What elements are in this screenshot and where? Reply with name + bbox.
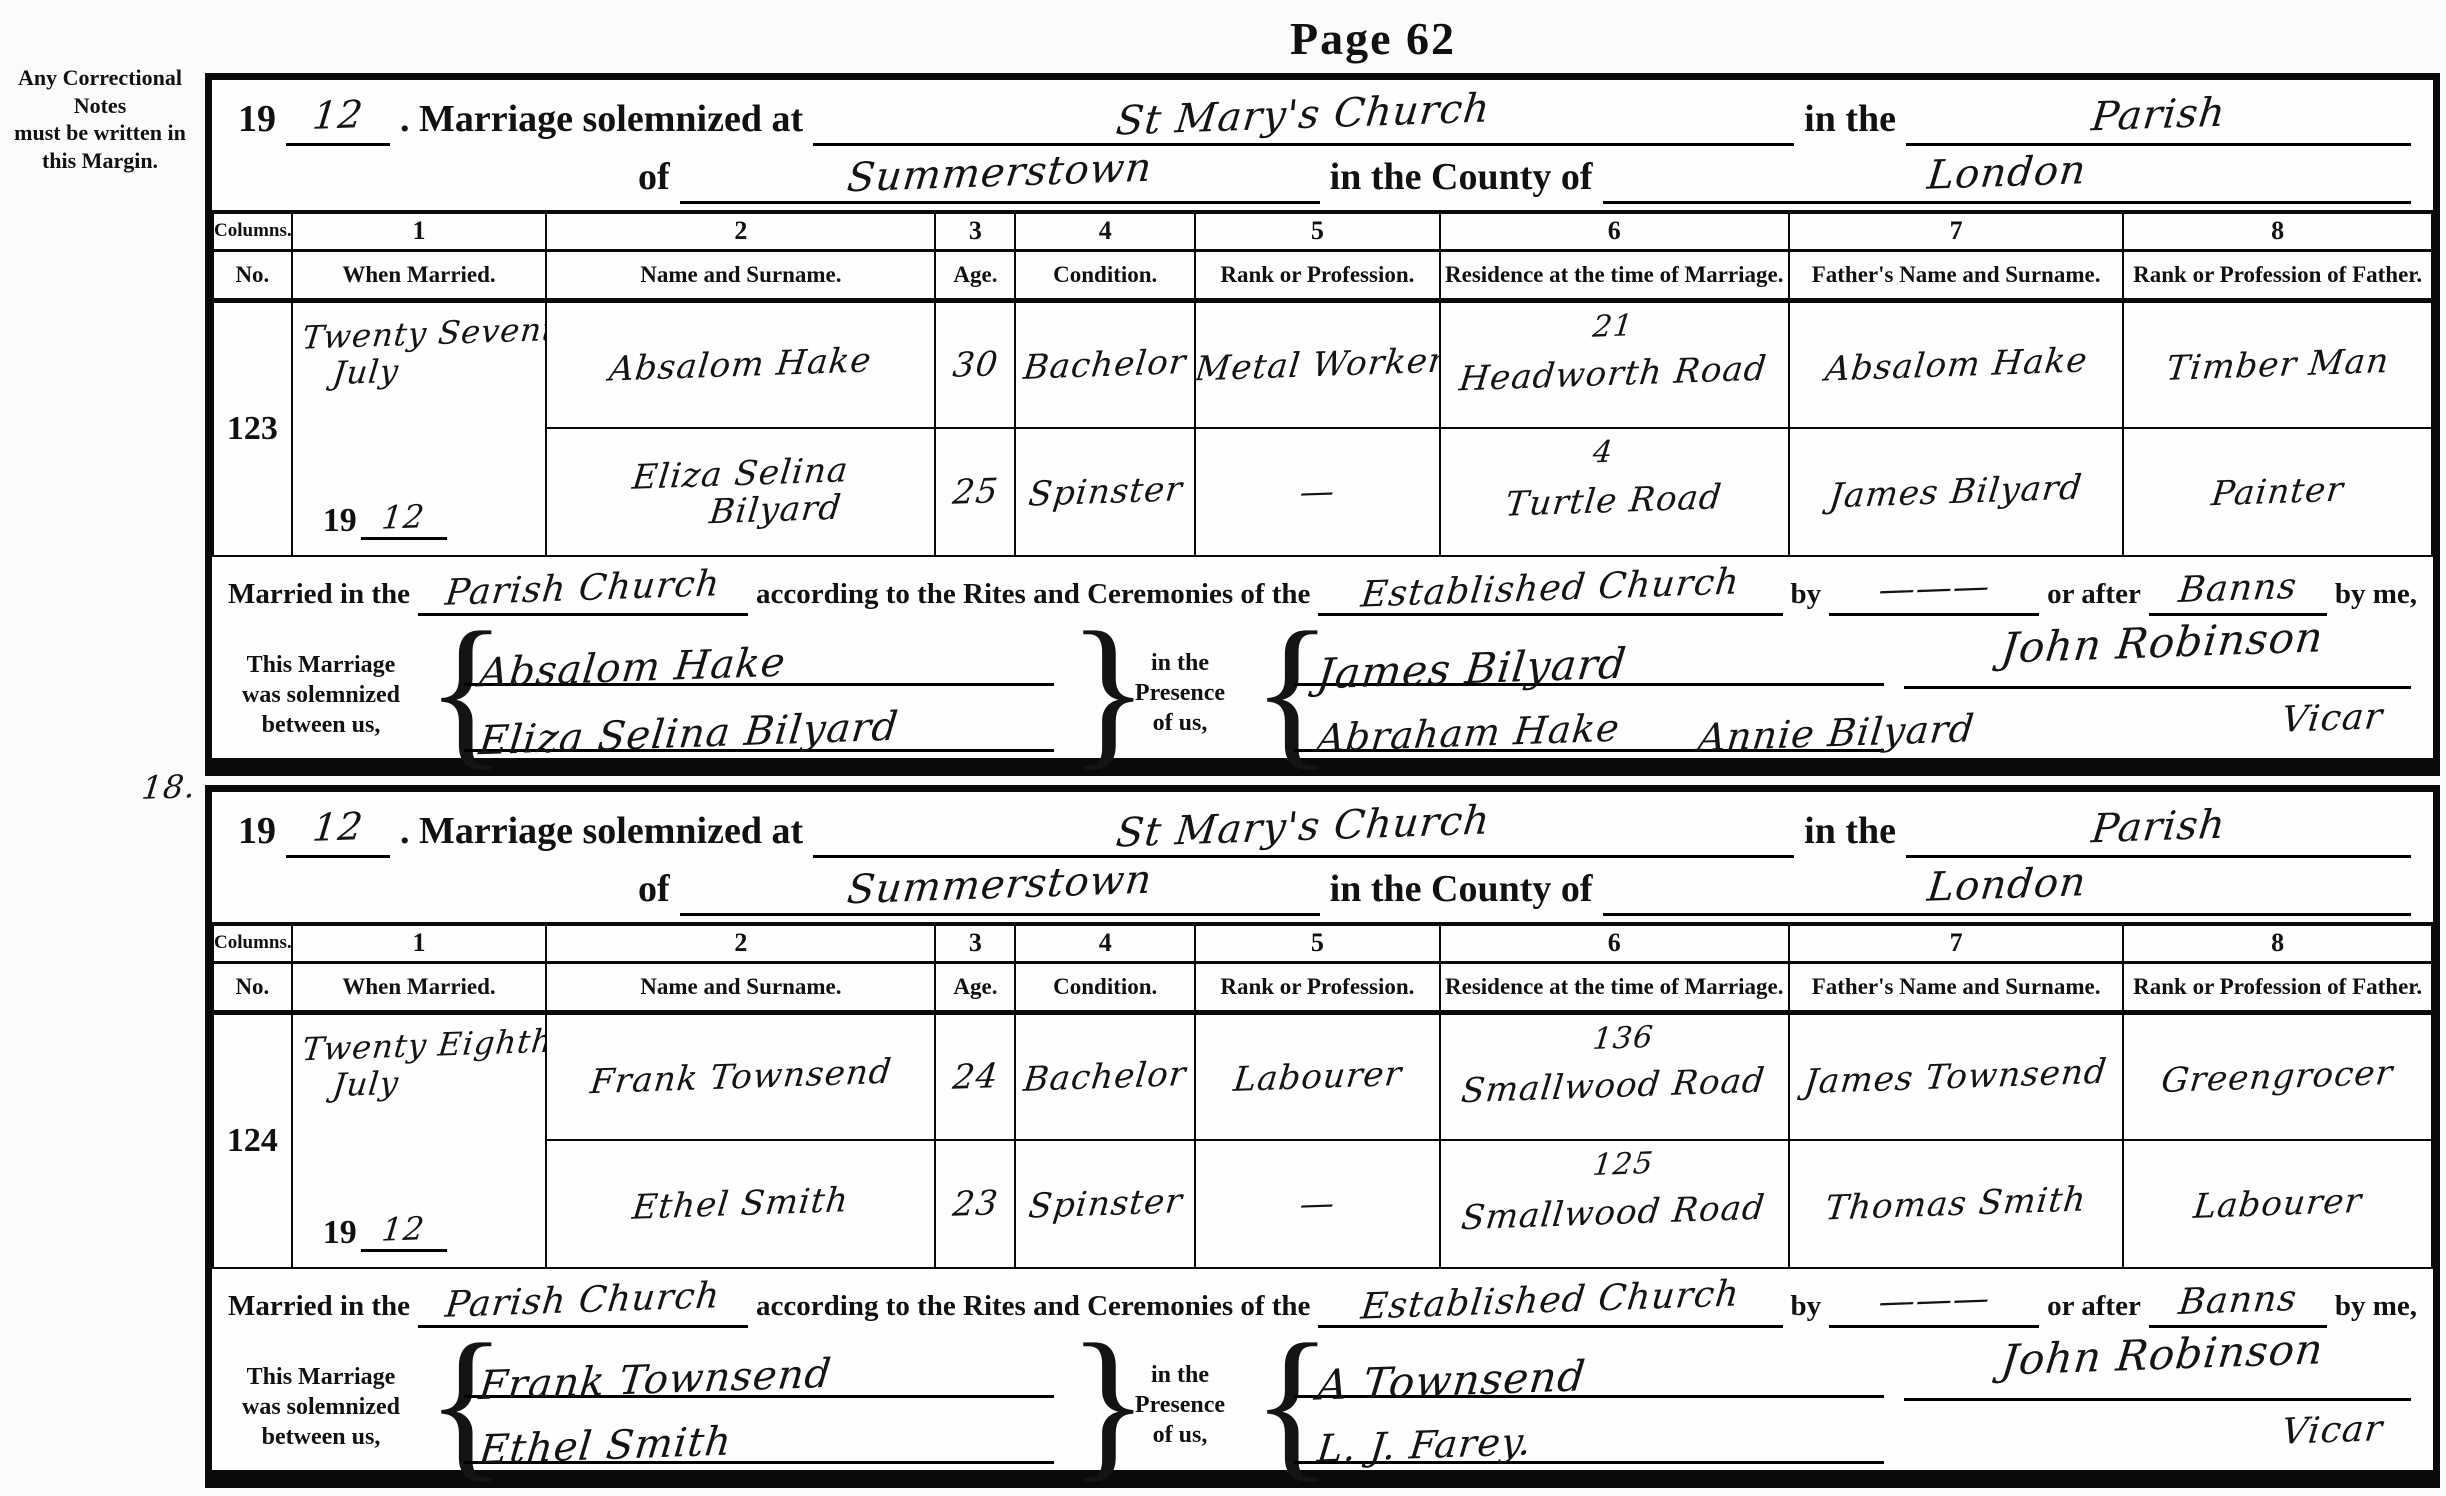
bride-father-profession: Painter [2210, 470, 2346, 515]
officiant-signature: John Robinson [1999, 1324, 2326, 1384]
bride-father-name: James Bilyard [1828, 468, 2085, 517]
bride-name-line1: Ethel Smith [631, 1180, 851, 1227]
bride-row: Ethel Smith 23 Spinster — 125 Smallwood … [213, 1140, 2432, 1268]
groom-residence-cell: 21 Headworth Road [1440, 300, 1789, 428]
groom-signature-line: Frank Townsend [464, 1332, 1054, 1398]
by-dash-value: ——— [1876, 565, 1992, 613]
columns-label-cell: Columns. [213, 212, 292, 250]
witness-signatures: A Townsend L. J. Farey. [1294, 1332, 1884, 1464]
marriage-solemnized-label: . Marriage solemnized at [400, 804, 803, 858]
marriage-day: Twenty Seventh [300, 309, 546, 357]
groom-age-cell: 30 [935, 300, 1015, 428]
established-underline: Established Church [1318, 1279, 1782, 1328]
record-header: 19 12 . Marriage solemnized at St Mary's… [212, 792, 2433, 916]
bride-profession: — [1298, 1183, 1337, 1224]
column-number: 1 [292, 924, 547, 962]
column-label: Rank or Profession. [1195, 962, 1440, 1012]
officiant-signature: John Robinson [1999, 612, 2326, 672]
this-marriage-line: between us, [262, 712, 381, 738]
place-value: Summerstown [844, 853, 1155, 918]
bride-signature: Ethel Smith [477, 1419, 734, 1474]
groom-profession-cell: Metal Worker [1195, 300, 1440, 428]
witness-signature: Abraham Hake [1315, 706, 1622, 760]
in-county-of-label: in the County of [1330, 150, 1593, 204]
column-label: Condition. [1015, 962, 1195, 1012]
bride-father-cell: Thomas Smith [1789, 1140, 2123, 1268]
column-label: Residence at the time of Marriage. [1440, 250, 1789, 300]
column-number: 5 [1195, 924, 1440, 962]
column-number: 8 [2123, 924, 2432, 962]
year-handwritten: 12 [310, 87, 366, 143]
groom-signature-line: Absalom Hake [464, 620, 1054, 686]
year-prefix-label: 19 [323, 502, 357, 540]
by-underline: ——— [1829, 1279, 2039, 1328]
records-stack: 19 12 . Marriage solemnized at St Mary's… [205, 73, 2440, 1488]
groom-profession-cell: Labourer [1195, 1012, 1440, 1140]
according-label: according to the Rites and Ceremonies of… [756, 572, 1310, 616]
presence-line: Presence [1135, 680, 1225, 706]
record-header-line1: 19 12 . Marriage solemnized at St Mary's… [238, 88, 2411, 146]
marriage-register-page: Page 62 Any Correctional Notes must be w… [0, 0, 2446, 1496]
witness-signature: L. J. Farey. [1315, 1419, 1534, 1470]
bride-residence-cell: 4 Turtle Road [1440, 428, 1789, 556]
year-prefix-label: 19 [238, 804, 276, 858]
signature-zone: This Marriage was solemnized between us,… [212, 1332, 2433, 1478]
by-dash-value: ——— [1876, 1277, 1992, 1325]
bride-age-cell: 25 [935, 428, 1015, 556]
column-label: Rank or Profession of Father. [2123, 962, 2432, 1012]
groom-row: 123 Twenty Seventh July 19 12 [213, 300, 2432, 428]
margin-note-line: this Margin. [42, 148, 158, 173]
no-label-cell: No. [213, 962, 292, 1012]
register-table: Columns. 1 2 3 4 5 6 7 8 No. When Marrie… [212, 922, 2433, 1269]
county-underline: London [1603, 858, 2411, 916]
bride-age-cell: 23 [935, 1140, 1015, 1268]
witness-signatures: James Bilyard Abraham Hake Annie Bilyard [1294, 620, 1884, 752]
this-marriage-line: This Marriage [247, 1364, 396, 1390]
groom-name-cell: Frank Townsend [546, 1012, 935, 1140]
column-number: 6 [1440, 924, 1789, 962]
marriage-record-block: 19 12 . Marriage solemnized at St Mary's… [205, 73, 2440, 776]
by-underline: ——— [1829, 567, 2039, 616]
column-number: 2 [546, 212, 935, 250]
established-church-value: Established Church [1359, 560, 1742, 617]
no-label-cell: No. [213, 250, 292, 300]
column-label: Age. [935, 250, 1015, 300]
bride-age: 25 [951, 471, 1001, 513]
groom-age-cell: 24 [935, 1012, 1015, 1140]
groom-father-profession: Timber Man [2164, 341, 2391, 389]
bride-father-profession: Labourer [2191, 1181, 2364, 1227]
groom-age: 24 [951, 1056, 1001, 1098]
groom-name-cell: Absalom Hake [546, 300, 935, 428]
margin-note-line: Any Correctional Notes [18, 65, 182, 118]
bride-profession: — [1298, 471, 1337, 512]
column-label: Name and Surname. [546, 962, 935, 1012]
marriage-record-block: 19 12 . Marriage solemnized at St Mary's… [205, 785, 2440, 1488]
column-number: 3 [935, 924, 1015, 962]
page-title: Page 62 [1290, 12, 1456, 65]
by-me-label: by me, [2335, 572, 2417, 616]
bride-father-cell: James Bilyard [1789, 428, 2123, 556]
banns-underline: Banns [2149, 1279, 2327, 1328]
column-label: Condition. [1015, 250, 1195, 300]
parish-value: Parish [2089, 798, 2228, 857]
officiant-title: Vicar [2280, 696, 2385, 740]
bride-row: Eliza Selina Bilyard 25 Spinster — 4 Tur… [213, 428, 2432, 556]
couple-signatures: Frank Townsend Ethel Smith [464, 1332, 1054, 1464]
established-underline: Established Church [1318, 567, 1782, 616]
when-married-cell: Twenty Eighth July 19 12 [292, 1012, 547, 1268]
year-handwritten: 12 [310, 799, 366, 855]
presence-line: in the [1151, 650, 1209, 676]
officiant-title: Vicar [2280, 1408, 2385, 1452]
column-label: When Married. [292, 250, 547, 300]
marriage-solemnized-label: . Marriage solemnized at [400, 92, 803, 146]
signature-zone: This Marriage was solemnized between us,… [212, 620, 2433, 766]
officiant-underline [1904, 686, 2411, 689]
couple-signatures: Absalom Hake Eliza Selina Bilyard [464, 620, 1054, 752]
presence-label: in the Presence of us, [1112, 1360, 1248, 1450]
by-label: by [1791, 572, 1822, 616]
place-underline: Summerstown [680, 146, 1320, 204]
groom-residence-street: Smallwood Road [1459, 1042, 1769, 1111]
banns-value: Banns [2176, 565, 2299, 613]
this-marriage-line: was solemnized [242, 1394, 400, 1420]
entry-number-cell: 124 [213, 1012, 292, 1268]
year-underline: 12 [361, 1210, 447, 1252]
record-header-line2: of Summerstown in the County of London [238, 146, 2411, 204]
county-value: London [1925, 855, 2089, 914]
place-underline: Summerstown [680, 858, 1320, 916]
record-header-line2: of Summerstown in the County of London [238, 858, 2411, 916]
church-name: St Mary's Church [1114, 82, 1494, 149]
witness-signature-line: James Bilyard [1294, 620, 1884, 686]
county-value: London [1925, 143, 2089, 202]
column-label: Father's Name and Surname. [1789, 962, 2123, 1012]
column-label: Residence at the time of Marriage. [1440, 962, 1789, 1012]
bride-age: 23 [951, 1183, 1001, 1225]
column-number: 7 [1789, 212, 2123, 250]
marriage-month: July [331, 352, 401, 392]
place-value: Summerstown [844, 141, 1155, 206]
married-in-the-label: Married in the [228, 1284, 410, 1328]
banns-value: Banns [2176, 1277, 2299, 1325]
groom-residence-street: Headworth Road [1457, 330, 1771, 399]
groom-profession: Labourer [1231, 1054, 1404, 1100]
column-number: 8 [2123, 212, 2432, 250]
bride-condition-cell: Spinster [1015, 428, 1195, 556]
in-the-label: in the [1804, 804, 1896, 858]
column-number: 4 [1015, 212, 1195, 250]
year-underline: 12 [361, 498, 447, 540]
column-label: Father's Name and Surname. [1789, 250, 2123, 300]
groom-residence-cell: 136 Smallwood Road [1440, 1012, 1789, 1140]
by-label: by [1791, 1284, 1822, 1328]
margin-note: Any Correctional Notes must be written i… [4, 64, 196, 174]
bride-name-cell: Ethel Smith [546, 1140, 935, 1268]
bride-condition: Spinster [1026, 469, 1184, 514]
church-underline: St Mary's Church [813, 88, 1794, 146]
parish-underline: Parish [1906, 800, 2411, 858]
column-number: 3 [935, 212, 1015, 250]
when-married-content: Twenty Seventh July 19 12 [293, 304, 546, 554]
bride-father-profession-cell: Painter [2123, 428, 2432, 556]
bride-father-profession-cell: Labourer [2123, 1140, 2432, 1268]
margin-note-line: must be written in [14, 120, 186, 145]
of-label: of [638, 862, 670, 916]
bride-profession-cell: — [1195, 428, 1440, 556]
margin-annotation: 18. [140, 767, 198, 807]
when-married-cell: Twenty Seventh July 19 12 [292, 300, 547, 556]
presence-line: in the [1151, 1362, 1209, 1388]
bride-residence-street: Smallwood Road [1459, 1170, 1769, 1239]
church-name: St Mary's Church [1114, 794, 1494, 861]
year-handwritten: 12 [380, 497, 427, 536]
marriage-month: July [331, 1064, 401, 1104]
presence-label: in the Presence of us, [1112, 648, 1248, 738]
bride-signature-line: Ethel Smith [464, 1398, 1054, 1464]
year-handwritten: 12 [380, 1209, 427, 1248]
presence-line: Presence [1135, 1392, 1225, 1418]
witness-signature-line: L. J. Farey. [1294, 1398, 1884, 1464]
banns-underline: Banns [2149, 567, 2327, 616]
column-number-row: Columns. 1 2 3 4 5 6 7 8 [213, 212, 2432, 250]
this-marriage-label: This Marriage was solemnized between us, [218, 1362, 424, 1452]
bride-name-cell: Eliza Selina Bilyard [546, 428, 935, 556]
witness-signature-line: A Townsend [1294, 1332, 1884, 1398]
married-in-the-label: Married in the [228, 572, 410, 616]
column-number: 2 [546, 924, 935, 962]
groom-condition-cell: Bachelor [1015, 300, 1195, 428]
church-underline: St Mary's Church [813, 800, 1794, 858]
presence-line: of us, [1153, 1422, 1208, 1448]
or-after-label: or after [2047, 572, 2141, 616]
presence-line: of us, [1153, 710, 1208, 736]
column-label: Name and Surname. [546, 250, 935, 300]
bride-residence-cell: 125 Smallwood Road [1440, 1140, 1789, 1268]
county-underline: London [1603, 146, 2411, 204]
or-after-label: or after [2047, 1284, 2141, 1328]
bride-condition: Spinster [1026, 1181, 1184, 1226]
in-the-label: in the [1804, 92, 1896, 146]
column-number: 1 [292, 212, 547, 250]
witness-signature: A Townsend [1315, 1351, 1588, 1409]
record-header: 19 12 . Marriage solemnized at St Mary's… [212, 80, 2433, 204]
groom-name: Absalom Hake [608, 340, 874, 389]
groom-condition-cell: Bachelor [1015, 1012, 1195, 1140]
column-number: 4 [1015, 924, 1195, 962]
marriage-year: 19 12 [303, 498, 540, 540]
year-prefix-label: 19 [238, 92, 276, 146]
column-number: 7 [1789, 924, 2123, 962]
groom-condition: Bachelor [1022, 342, 1189, 388]
bride-profession-cell: — [1195, 1140, 1440, 1268]
this-marriage-line: This Marriage [247, 652, 396, 678]
column-label-row: No. When Married. Name and Surname. Age.… [213, 250, 2432, 300]
column-label: When Married. [292, 962, 547, 1012]
when-married-content: Twenty Eighth July 19 12 [293, 1016, 546, 1266]
record-header-line1: 19 12 . Marriage solemnized at St Mary's… [238, 800, 2411, 858]
year-underline: 12 [286, 800, 390, 858]
groom-row: 124 Twenty Eighth July 19 12 [213, 1012, 2432, 1140]
column-label-row: No. When Married. Name and Surname. Age.… [213, 962, 2432, 1012]
this-marriage-line: between us, [262, 1424, 381, 1450]
bride-father-name: Thomas Smith [1824, 1179, 2089, 1228]
groom-father-profession: Greengrocer [2160, 1053, 2396, 1101]
groom-age: 30 [951, 344, 1001, 386]
groom-profession: Metal Worker [1195, 340, 1440, 389]
groom-father-name: James Townsend [1803, 1052, 2110, 1102]
column-label: Rank or Profession. [1195, 250, 1440, 300]
year-prefix-label: 19 [323, 1214, 357, 1252]
column-number-row: Columns. 1 2 3 4 5 6 7 8 [213, 924, 2432, 962]
marriage-day: Twenty Eighth [300, 1021, 546, 1068]
column-number: 6 [1440, 212, 1789, 250]
register-table: Columns. 1 2 3 4 5 6 7 8 No. When Marrie… [212, 210, 2433, 557]
witness-signature: Annie Bilyard [1696, 706, 1977, 760]
groom-father-cell: Absalom Hake [1789, 300, 2123, 428]
column-number: 5 [1195, 212, 1440, 250]
groom-father-name: Absalom Hake [1823, 340, 2089, 389]
column-label: Rank or Profession of Father. [2123, 250, 2432, 300]
according-label: according to the Rites and Ceremonies of… [756, 1284, 1310, 1328]
bride-residence-street: Turtle Road [1503, 459, 1725, 524]
established-church-value: Established Church [1359, 1272, 1742, 1329]
groom-father-profession-cell: Greengrocer [2123, 1012, 2432, 1140]
groom-name: Frank Townsend [588, 1052, 894, 1102]
bride-condition-cell: Spinster [1015, 1140, 1195, 1268]
groom-father-cell: James Townsend [1789, 1012, 2123, 1140]
of-label: of [638, 150, 670, 204]
groom-father-profession-cell: Timber Man [2123, 300, 2432, 428]
by-me-label: by me, [2335, 1284, 2417, 1328]
bride-signature: Eliza Selina Bilyard [477, 704, 901, 765]
in-county-of-label: in the County of [1330, 862, 1593, 916]
parish-value: Parish [2089, 86, 2228, 145]
entry-number-cell: 123 [213, 300, 292, 556]
year-underline: 12 [286, 88, 390, 146]
this-marriage-label: This Marriage was solemnized between us, [218, 650, 424, 740]
this-marriage-line: was solemnized [242, 682, 400, 708]
parish-underline: Parish [1906, 88, 2411, 146]
column-label: Age. [935, 962, 1015, 1012]
marriage-year: 19 12 [303, 1210, 540, 1252]
groom-condition: Bachelor [1022, 1054, 1189, 1100]
bride-signature-line: Eliza Selina Bilyard [464, 686, 1054, 752]
columns-label-cell: Columns. [213, 924, 292, 962]
officiant-underline [1904, 1398, 2411, 1401]
